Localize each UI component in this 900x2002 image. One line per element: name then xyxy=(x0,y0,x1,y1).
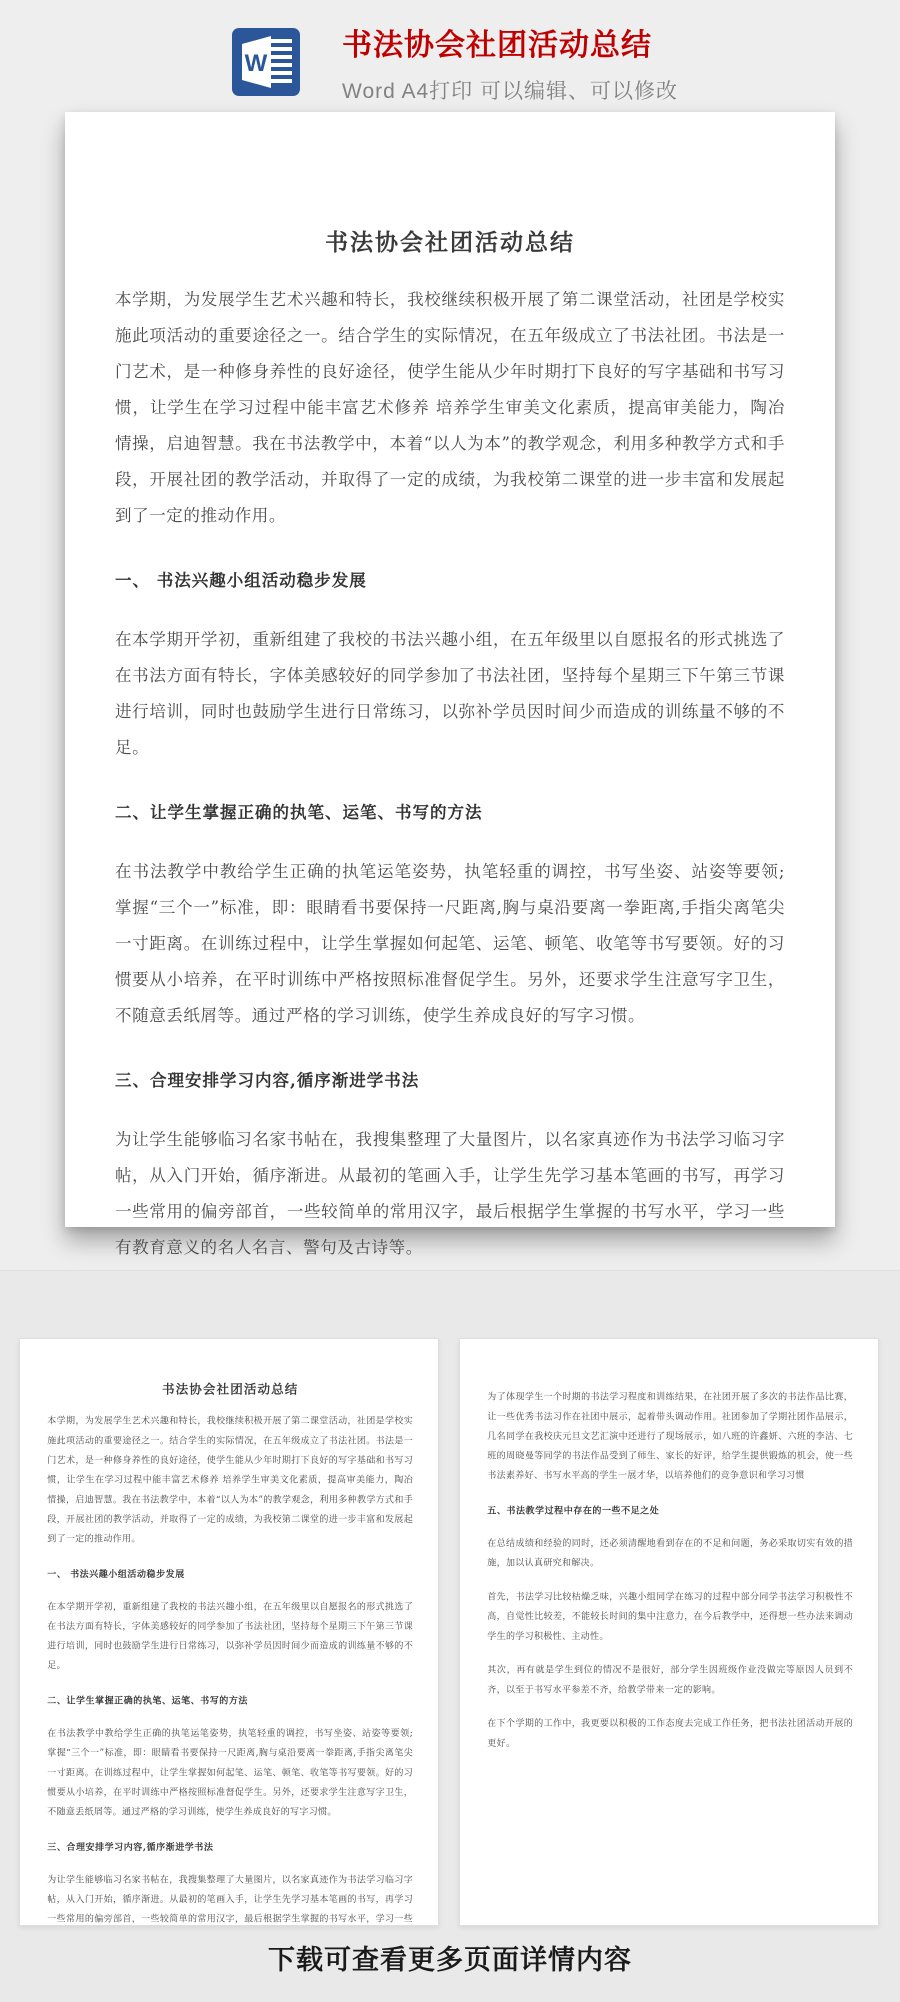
doc-paragraph: 在总结成绩和经验的同时，还必须清醒地看到存在的不足和问题，务必采取切实有效的措施… xyxy=(487,1533,853,1572)
doc-paragraph: 首先，书法学习比较枯燥乏味，兴趣小组同学在练习的过程中部分同学书法学习积极性不高… xyxy=(487,1587,853,1646)
doc-heading: 一、 书法兴趣小组活动稳步发展 xyxy=(47,1567,413,1581)
thumbnail-page-1[interactable]: 书法协会社团活动总结 本学期，为发展学生艺术兴趣和特长，我校继续积极开展了第二课… xyxy=(19,1338,439,1926)
download-hint-text: 下载可查看更多页面详情内容 xyxy=(0,1938,900,1977)
doc-paragraph: 在书法教学中教给学生正确的执笔运笔姿势，执笔轻重的调控，书写坐姿、站姿等要领;掌… xyxy=(115,854,785,1034)
site-header: W 书法协会社团活动总结 Word A4打印 可以编辑、可以修改 xyxy=(0,0,900,104)
page-subtitle: Word A4打印 可以编辑、可以修改 xyxy=(342,75,678,105)
document-body: 本学期，为发展学生艺术兴趣和特长，我校继续积极开展了第二课堂活动，社团是学校实施… xyxy=(47,1411,413,1926)
document-body: 为了体现学生一个时期的书法学习程度和训练结果，在社团开展了多次的书法作品比赛，让… xyxy=(487,1387,853,1753)
word-file-icon: W xyxy=(230,26,302,98)
doc-paragraph: 在本学期开学初，重新组建了我校的书法兴趣小组，在五年级里以自愿报名的形式挑选了在… xyxy=(115,622,785,766)
doc-heading: 二、让学生掌握正确的执笔、运笔、书写的方法 xyxy=(115,800,785,826)
doc-paragraph: 在书法教学中教给学生正确的执笔运笔姿势，执笔轻重的调控，书写坐姿、站姿等要领;掌… xyxy=(47,1723,413,1821)
doc-heading: 三、合理安排学习内容,循序渐进学书法 xyxy=(115,1068,785,1094)
doc-paragraph: 本学期，为发展学生艺术兴趣和特长，我校继续积极开展了第二课堂活动，社团是学校实施… xyxy=(115,282,785,534)
document-body: 本学期，为发展学生艺术兴趣和特长，我校继续积极开展了第二课堂活动，社团是学校实施… xyxy=(115,282,785,1326)
page-title: 书法协会社团活动总结 xyxy=(342,30,678,62)
doc-paragraph: 本学期，为发展学生艺术兴趣和特长，我校继续积极开展了第二课堂活动，社团是学校实施… xyxy=(47,1411,413,1549)
svg-text:W: W xyxy=(245,50,268,77)
document-title: 书法协会社团活动总结 xyxy=(47,1382,413,1398)
thumbnail-page-1-content: 书法协会社团活动总结 本学期，为发展学生艺术兴趣和特长，我校继续积极开展了第二课… xyxy=(20,1339,439,1926)
doc-heading: 三、合理安排学习内容,循序渐进学书法 xyxy=(47,1840,413,1854)
doc-paragraph: 在本学期开学初，重新组建了我校的书法兴趣小组，在五年级里以自愿报名的形式挑选了在… xyxy=(47,1597,413,1676)
doc-paragraph: 为了体现学生一个时期的书法学习程度和训练结果，在社团开展了多次的书法作品比赛，让… xyxy=(487,1387,853,1485)
doc-paragraph: 为让学生能够临习名家书帖在，我搜集整理了大量图片，以名家真迹作为书法学习临习字帖… xyxy=(115,1122,785,1266)
doc-heading: 二、让学生掌握正确的执笔、运笔、书写的方法 xyxy=(47,1694,413,1708)
document-title: 书法协会社团活动总结 xyxy=(115,228,785,258)
doc-paragraph: 为让学生能够临习名家书帖在，我搜集整理了大量图片，以名家真迹作为书法学习临习字帖… xyxy=(47,1870,413,1926)
doc-paragraph: 其次，再有就是学生到位的情况不是很好，部分学生因班级作业没做完等原因人员到不齐，… xyxy=(487,1660,853,1699)
document-preview-page-1: 书法协会社团活动总结 本学期，为发展学生艺术兴趣和特长，我校继续积极开展了第二课… xyxy=(65,112,835,1227)
doc-paragraph: 在下个学期的工作中，我更要以积极的工作态度去完成工作任务，把书法社团活动开展的更… xyxy=(487,1714,853,1753)
thumbnail-page-2[interactable]: 为了体现学生一个时期的书法学习程度和训练结果，在社团开展了多次的书法作品比赛，让… xyxy=(459,1338,879,1926)
doc-heading: 五、书法教学过程中存在的一些不足之处 xyxy=(487,1504,853,1518)
doc-heading: 一、 书法兴趣小组活动稳步发展 xyxy=(115,568,785,594)
thumbnail-page-2-content: 为了体现学生一个时期的书法学习程度和训练结果，在社团开展了多次的书法作品比赛，让… xyxy=(460,1339,879,1753)
